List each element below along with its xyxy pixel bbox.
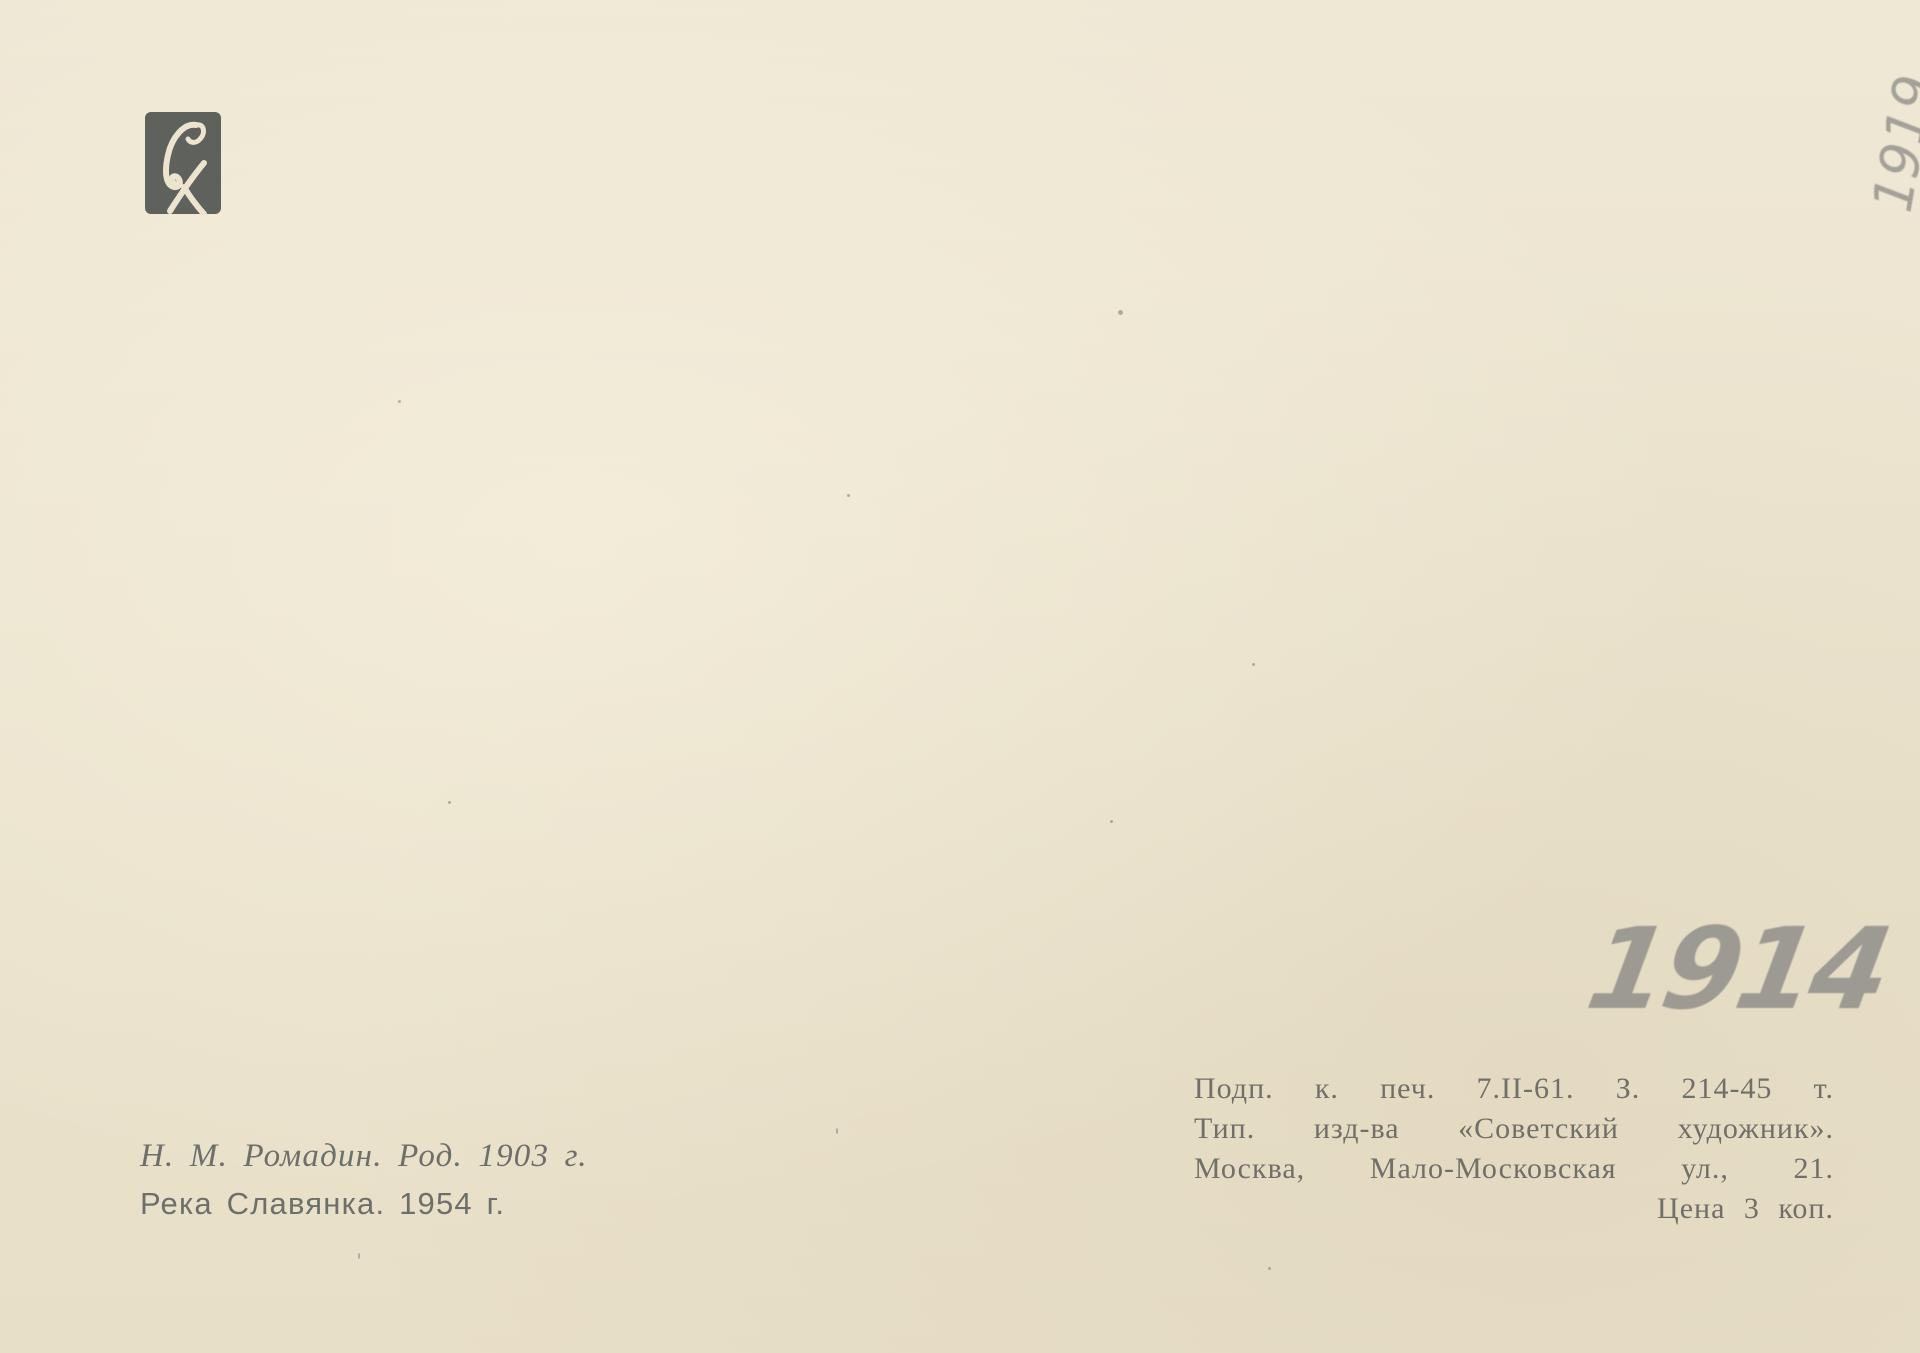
paper-speck xyxy=(836,1128,838,1134)
artist-line: Н. М. Ромадин. Род. 1903 г. xyxy=(140,1133,588,1180)
paper-speck xyxy=(1268,1267,1271,1270)
imprint-line-printer: Тип. изд-ва «Советский художник». xyxy=(1194,1109,1834,1149)
paper-speck xyxy=(358,1253,360,1259)
paper-speck xyxy=(847,494,850,497)
price-label: Цена 3 коп. xyxy=(1194,1189,1834,1229)
handwritten-number-1919: 1919 xyxy=(1861,70,1920,216)
publisher-monogram-icon xyxy=(144,111,222,215)
paper-speck xyxy=(448,801,451,804)
paper-speck xyxy=(1110,820,1113,823)
paper-speck xyxy=(1252,663,1255,666)
imprint-line-address: Москва, Мало-Московская ул., 21. xyxy=(1194,1149,1834,1189)
postcard-back: Н. М. Ромадин. Род. 1903 г. Река Славянк… xyxy=(0,0,1920,1353)
artwork-caption: Н. М. Ромадин. Род. 1903 г. Река Славянк… xyxy=(140,1133,588,1227)
handwritten-number-1914: 1914 xyxy=(1579,905,1898,1035)
paper-speck xyxy=(1118,310,1123,315)
imprint-line-signed-for-print: Подп. к. печ. 7.II-61. З. 214-45 т. xyxy=(1194,1069,1834,1109)
artwork-title-line: Река Славянка. 1954 г. xyxy=(140,1180,588,1227)
printing-imprint: Подп. к. печ. 7.II-61. З. 214-45 т. Тип.… xyxy=(1194,1069,1834,1229)
paper-speck xyxy=(398,400,401,403)
